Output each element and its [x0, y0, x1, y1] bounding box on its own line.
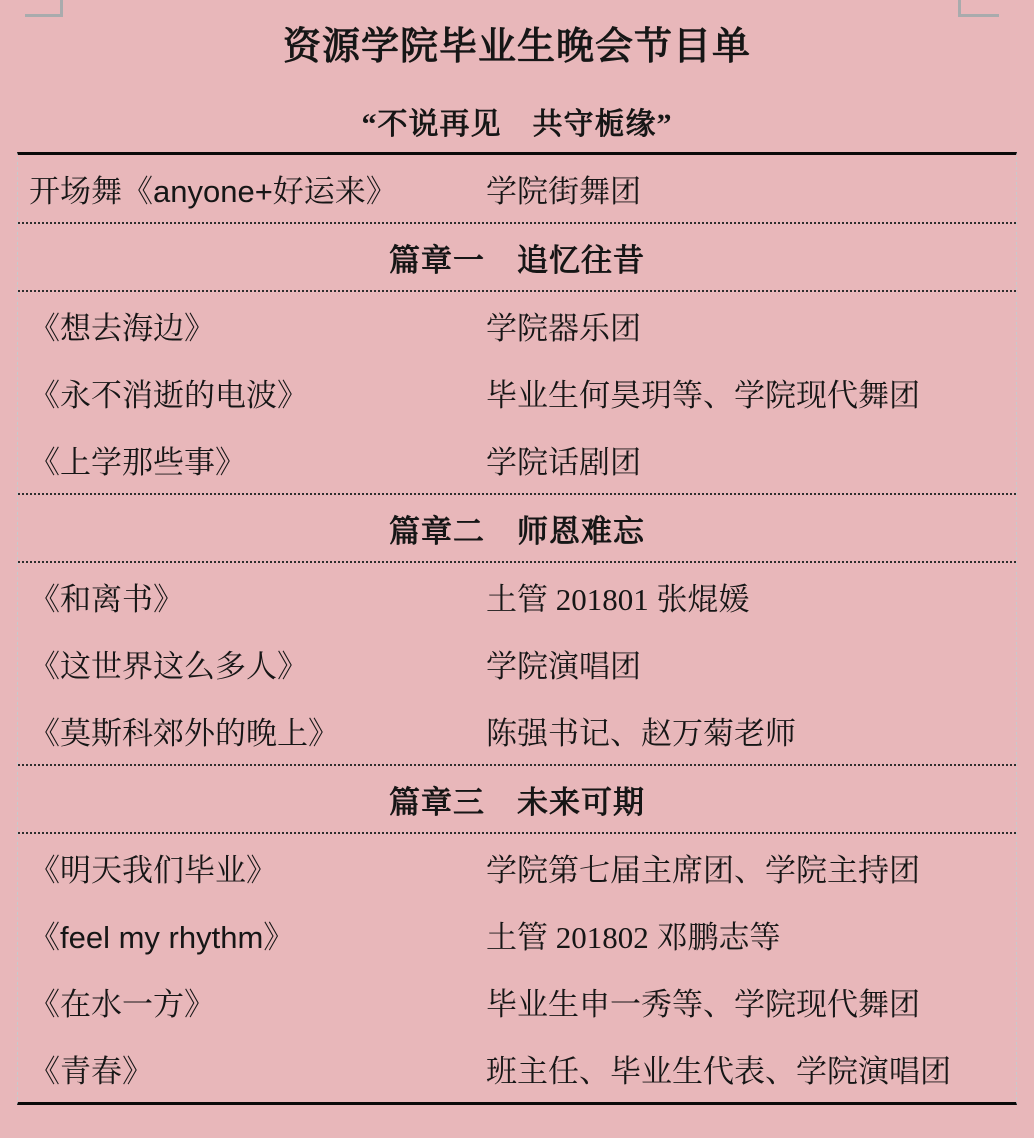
program-name: 《在水一方》 [18, 979, 486, 1024]
program-row: 《永不消逝的电波》 毕业生何昊玥等、学院现代舞团 [18, 359, 1016, 426]
program-performer: 土管 201802 邓鹏志等 [486, 912, 1016, 957]
program-name: 《想去海边》 [18, 303, 486, 348]
program-name: 《永不消逝的电波》 [18, 370, 486, 415]
program-row: 《和离书》 土管 201801 张焜媛 [18, 563, 1016, 630]
program-name: 开场舞《anyone+好运来》 [18, 166, 486, 211]
section-header-row: 篇章一 追忆往昔 [18, 222, 1016, 292]
document-page[interactable]: 资源学院毕业生晚会节目单 “不说再见 共守栀缘” 开场舞《anyone+好运来》… [0, 0, 1034, 1138]
page-subtitle: “不说再见 共守栀缘” [0, 99, 1034, 143]
program-row: 《青春》 班主任、毕业生代表、学院演唱团 [18, 1035, 1016, 1102]
section-header-row: 篇章三 未来可期 [18, 764, 1016, 834]
program-row: 《想去海边》 学院器乐团 [18, 292, 1016, 359]
program-performer: 毕业生申一秀等、学院现代舞团 [486, 979, 1016, 1024]
program-name: 《青春》 [18, 1046, 486, 1091]
program-name: 《和离书》 [18, 574, 486, 619]
page-title: 资源学院毕业生晚会节目单 [0, 0, 1034, 71]
program-row: 《在水一方》 毕业生申一秀等、学院现代舞团 [18, 968, 1016, 1035]
margin-corner-mark-top-left [25, 0, 63, 17]
program-row: 《明天我们毕业》 学院第七届主席团、学院主持团 [18, 834, 1016, 901]
section-title: 篇章二 师恩难忘 [389, 506, 645, 551]
program-performer: 陈强书记、赵万菊老师 [486, 708, 1016, 753]
margin-corner-mark-top-right [958, 0, 999, 17]
program-row: 《feel my rhythm》 土管 201802 邓鹏志等 [18, 901, 1016, 968]
program-performer: 土管 201801 张焜媛 [486, 574, 1016, 619]
program-name: 《feel my rhythm》 [18, 912, 486, 957]
section-title: 篇章三 未来可期 [389, 777, 645, 822]
program-name: 《上学那些事》 [18, 437, 486, 482]
program-table: 开场舞《anyone+好运来》 学院街舞团 篇章一 追忆往昔 《想去海边》 学院… [17, 152, 1017, 1105]
program-performer: 毕业生何昊玥等、学院现代舞团 [486, 370, 1016, 415]
program-performer: 班主任、毕业生代表、学院演唱团 [486, 1046, 1016, 1091]
program-row: 《上学那些事》 学院话剧团 [18, 426, 1016, 493]
program-performer: 学院器乐团 [486, 303, 1016, 348]
program-performer: 学院演唱团 [486, 641, 1016, 686]
program-performer: 学院第七届主席团、学院主持团 [486, 845, 1016, 890]
program-performer: 学院街舞团 [486, 166, 1016, 211]
program-name: 《明天我们毕业》 [18, 845, 486, 890]
section-title: 篇章一 追忆往昔 [389, 235, 645, 280]
program-row: 《莫斯科郊外的晚上》 陈强书记、赵万菊老师 [18, 697, 1016, 764]
section-header-row: 篇章二 师恩难忘 [18, 493, 1016, 563]
program-row: 《这世界这么多人》 学院演唱团 [18, 630, 1016, 697]
program-name: 《这世界这么多人》 [18, 641, 486, 686]
program-performer: 学院话剧团 [486, 437, 1016, 482]
program-name: 《莫斯科郊外的晚上》 [18, 708, 486, 753]
program-row: 开场舞《anyone+好运来》 学院街舞团 [18, 155, 1016, 222]
